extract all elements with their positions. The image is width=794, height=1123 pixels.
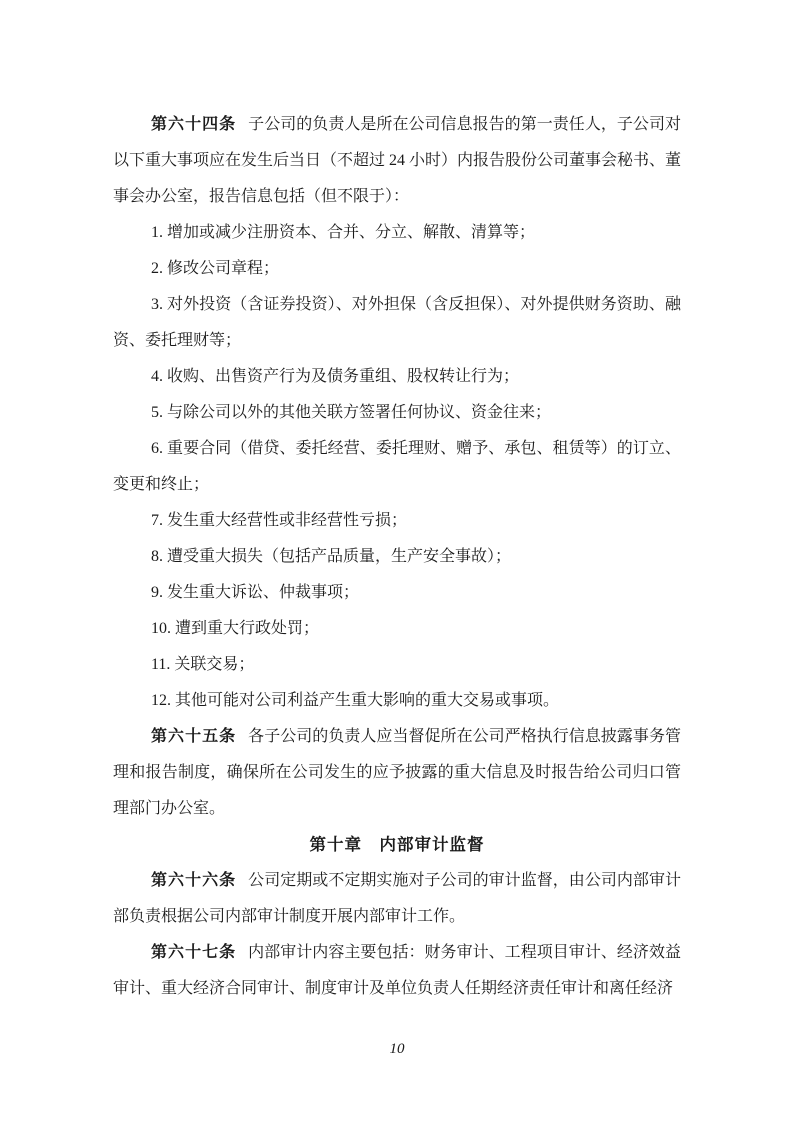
- article-66-paragraph: 第六十六条公司定期或不定期实施对子公司的审计监督，由公司内部审计部负责根据公司内…: [113, 863, 681, 935]
- list-item-5: 5. 与除公司以外的其他关联方签署任何协议、资金往来；: [113, 395, 681, 431]
- list-item-6: 6. 重要合同（借贷、委托经营、委托理财、赠予、承包、租赁等）的订立、变更和终止…: [113, 431, 681, 503]
- list-item-3: 3. 对外投资（含证券投资）、对外担保（含反担保）、对外提供财务资助、融资、委托…: [113, 287, 681, 359]
- list-item-2: 2. 修改公司章程；: [113, 251, 681, 287]
- list-item-4: 4. 收购、出售资产行为及债务重组、股权转让行为；: [113, 359, 681, 395]
- document-page: 第六十四条子公司的负责人是所在公司信息报告的第一责任人，子公司对以下重大事项应在…: [0, 0, 794, 1123]
- article-65-paragraph: 第六十五条各子公司的负责人应当督促所在公司严格执行信息披露事务管理和报告制度，确…: [113, 719, 681, 827]
- article-64-label: 第六十四条: [151, 116, 236, 133]
- list-item-7: 7. 发生重大经营性或非经营性亏损；: [113, 503, 681, 539]
- list-item-10: 10. 遭到重大行政处罚；: [113, 611, 681, 647]
- list-item-1: 1. 增加或减少注册资本、合并、分立、解散、清算等；: [113, 215, 681, 251]
- chapter-10-heading: 第十章 内部审计监督: [113, 827, 681, 863]
- article-67-label: 第六十七条: [151, 944, 236, 961]
- article-66-label: 第六十六条: [151, 872, 236, 889]
- document-body: 第六十四条子公司的负责人是所在公司信息报告的第一责任人，子公司对以下重大事项应在…: [113, 107, 681, 1007]
- article-64-paragraph: 第六十四条子公司的负责人是所在公司信息报告的第一责任人，子公司对以下重大事项应在…: [113, 107, 681, 215]
- list-item-8: 8. 遭受重大损失（包括产品质量，生产安全事故）；: [113, 539, 681, 575]
- list-item-12: 12. 其他可能对公司利益产生重大影响的重大交易或事项。: [113, 683, 681, 719]
- article-65-label: 第六十五条: [151, 728, 236, 745]
- article-67-paragraph: 第六十七条内部审计内容主要包括：财务审计、工程项目审计、经济效益审计、重大经济合…: [113, 935, 681, 1007]
- list-item-9: 9. 发生重大诉讼、仲裁事项；: [113, 575, 681, 611]
- list-item-11: 11. 关联交易；: [113, 647, 681, 683]
- page-number: 10: [0, 1038, 794, 1060]
